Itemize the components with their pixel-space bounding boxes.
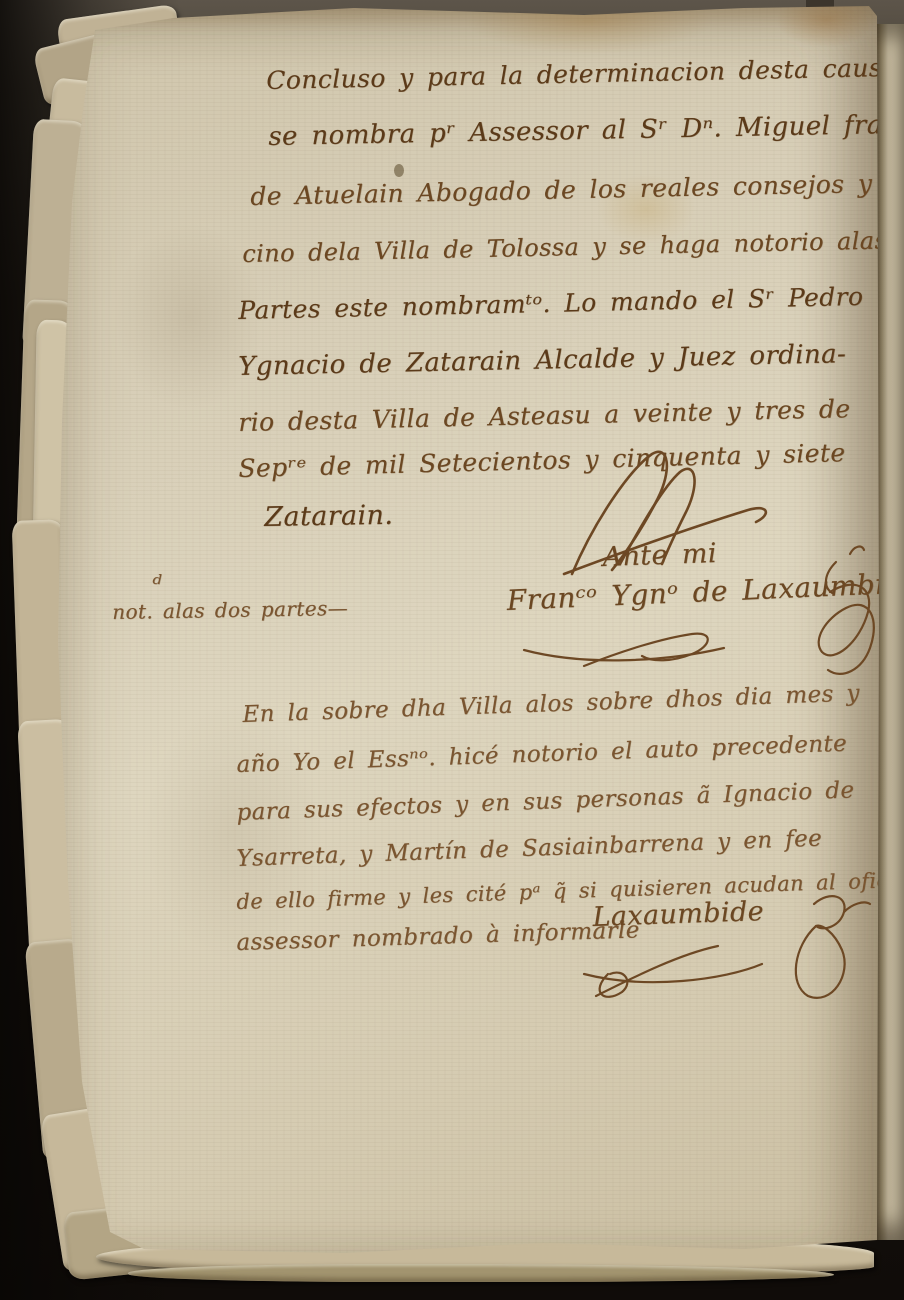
manuscript-line: se nombra pʳ Assessor al Sʳ Dⁿ. Miguel f… xyxy=(268,109,904,152)
manuscript-page: Concluso y para la determinacion desta c… xyxy=(24,2,880,1284)
stain xyxy=(776,0,876,48)
manuscript-line: Ysarreta, y Martín de Sasiainbarrena y e… xyxy=(236,826,823,872)
notary-signature: Franᶜᵒ Ygnᵒ de Laxaumbide xyxy=(506,566,904,617)
manuscript-line: Ygnacio de Zatarain Alcalde y Juez ordin… xyxy=(238,339,847,382)
manuscript-line: Partes este nombramᵗᵒ. Lo mando el Sʳ Pe… xyxy=(238,282,864,325)
adjacent-page-sliver xyxy=(876,24,904,1240)
manuscript-line: assessor nombrado à informarle xyxy=(236,917,640,956)
alcalde-signature: Zatarain. xyxy=(264,500,394,533)
manuscript-line: rio desta Villa de Asteasu a veinte y tr… xyxy=(238,394,851,437)
bottom-page-edge xyxy=(128,1264,834,1282)
manuscript-line: En la sobre dha Villa alos sobre dhos di… xyxy=(242,680,860,728)
manuscript-line: para sus efectos y en sus personas ã Ign… xyxy=(236,777,855,826)
manuscript-line: de ello firme y les cité pᵃ q̃ si quisie… xyxy=(236,866,904,914)
manuscript-line: Sepʳᵉ de mil Setecientos y cinquenta y s… xyxy=(238,438,846,483)
notary-signature-bottom: Laxaumbide xyxy=(592,896,765,933)
manuscript-line: de Atuelain Abogado de los reales consej… xyxy=(250,168,904,211)
margin-note: not. alas dos partes— xyxy=(112,596,348,624)
stain xyxy=(464,0,714,54)
manuscript-line: año Yo el Essⁿᵒ. hicé notorio el auto pr… xyxy=(236,731,848,778)
stain xyxy=(394,164,404,177)
manuscript-line: Concluso y para la determinacion desta c… xyxy=(266,53,904,95)
attestation-ante-mi: Ante mi xyxy=(602,538,717,573)
manuscript-line: cino dela Villa de Tolossa y se haga not… xyxy=(242,226,887,268)
photograph-background: Concluso y para la determinacion desta c… xyxy=(0,0,904,1300)
ink-show-through xyxy=(144,702,324,962)
margin-note-superscript: ᵈ xyxy=(152,570,162,598)
